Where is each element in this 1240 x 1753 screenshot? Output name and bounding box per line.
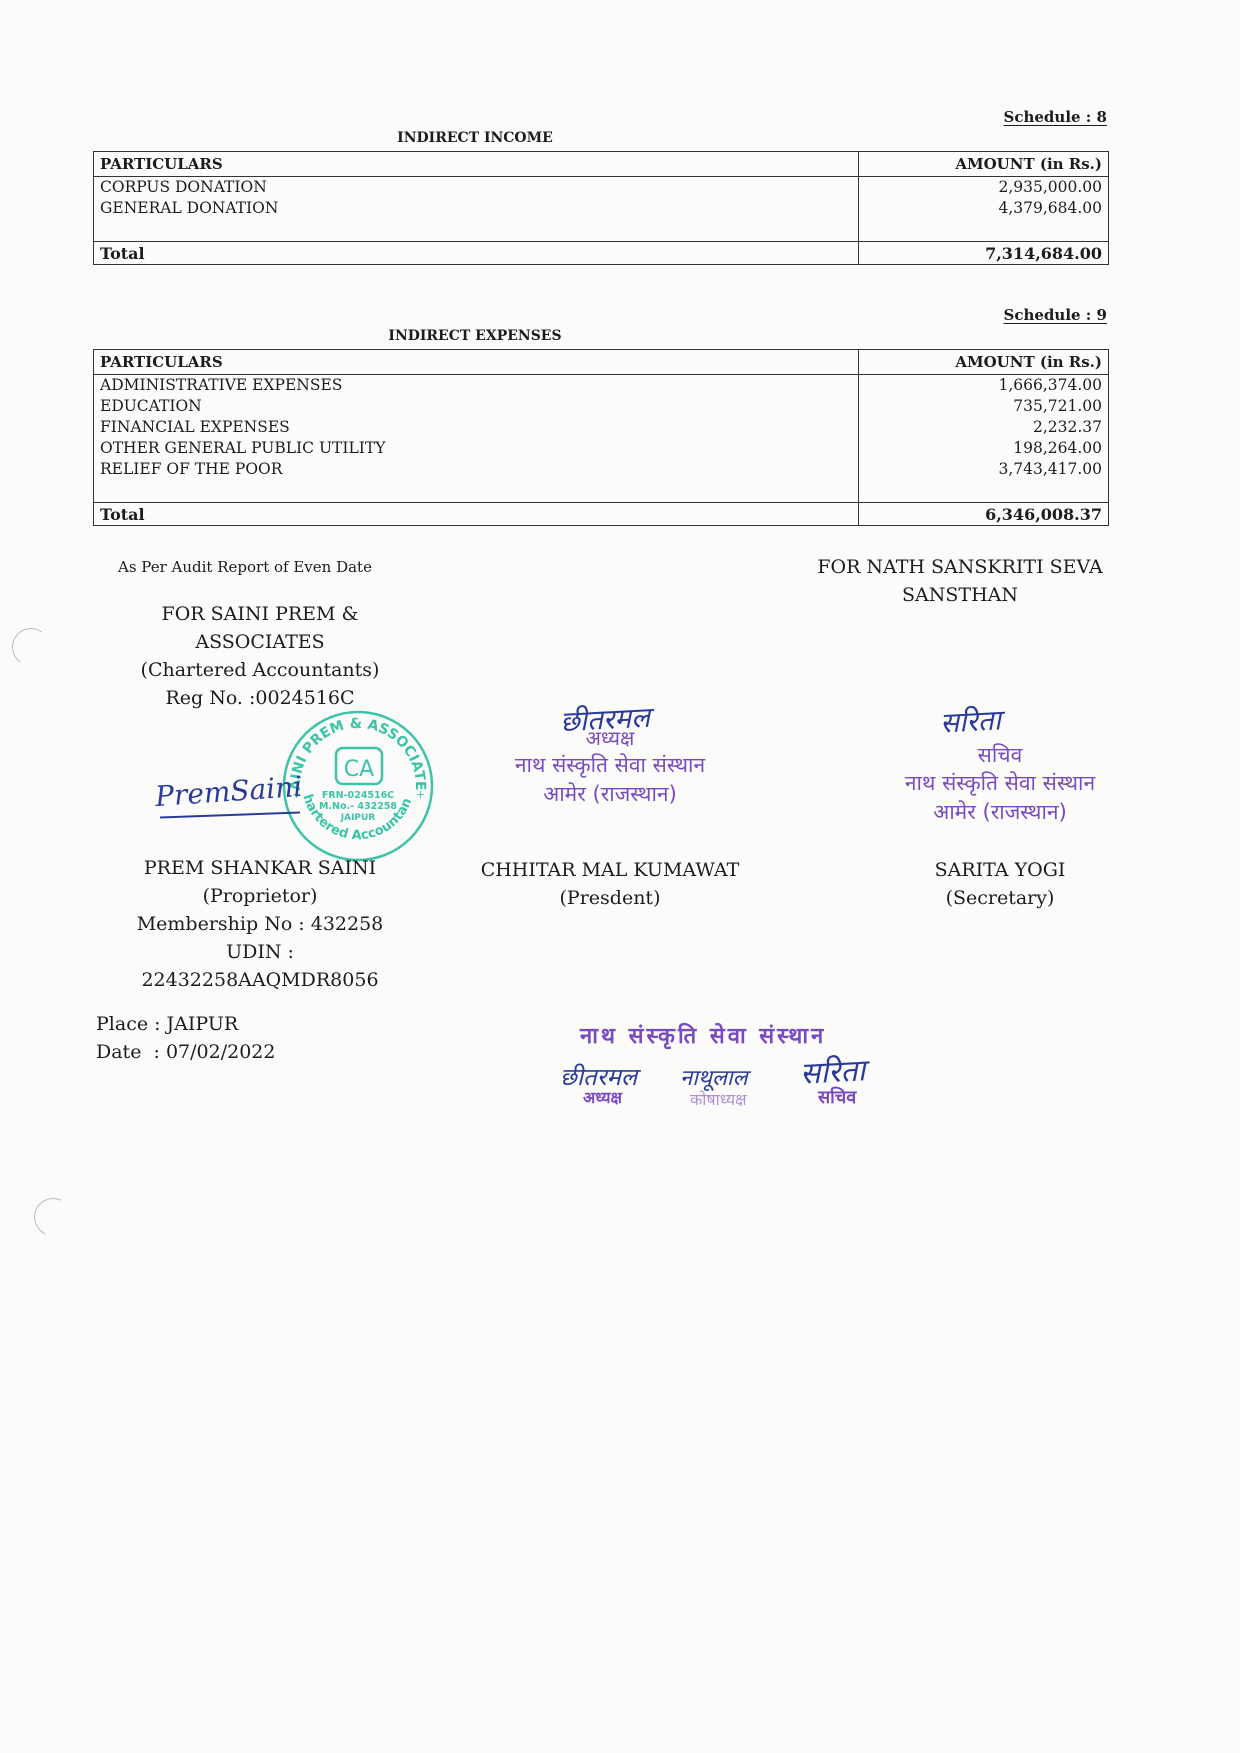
stamp-frn: FRN-024516C	[322, 790, 394, 801]
particulars-header: PARTICULARS	[94, 350, 859, 375]
row-amount: 4,379,684.00	[859, 198, 1109, 219]
udin-label: UDIN :	[105, 938, 415, 966]
row-amount: 2,935,000.00	[859, 177, 1109, 199]
schedule-8-label: Schedule : 8	[1004, 108, 1107, 126]
stamp-city: JAIPUR	[340, 813, 376, 823]
total-amount: 6,346,008.37	[859, 503, 1109, 526]
joint-title-president: अध्यक्ष	[583, 1086, 622, 1108]
schedule-9-label: Schedule : 9	[1004, 306, 1107, 324]
organization-for-block: FOR NATH SANSKRITI SEVA SANSTHAN	[810, 553, 1110, 609]
secretary-stamp-org: नाथ संस्कृति सेवा संस्थान	[865, 768, 1135, 798]
stamp-mno: M.No.- 432258	[319, 801, 397, 812]
row-particular: EDUCATION	[94, 396, 859, 417]
auditor-signatory-block: PREM SHANKAR SAINI (Proprietor) Membersh…	[105, 854, 415, 994]
row-amount: 735,721.00	[859, 396, 1109, 417]
president-stamp-place: आमेर (राजस्थान)	[470, 780, 750, 808]
row-particular: OTHER GENERAL PUBLIC UTILITY	[94, 438, 859, 459]
firm-name-line2: ASSOCIATES	[105, 628, 415, 656]
table-row: RELIEF OF THE POOR 3,743,417.00	[94, 459, 1109, 480]
joint-stamp-org: नाथ संस्कृति सेवा संस्थान	[580, 1020, 826, 1050]
row-amount: 1,666,374.00	[859, 375, 1109, 397]
joint-title-treasurer: कोषाध्यक्ष	[690, 1088, 747, 1110]
audit-report-note: As Per Audit Report of Even Date	[118, 558, 372, 576]
row-particular: RELIEF OF THE POOR	[94, 459, 859, 480]
place: Place : JAIPUR	[96, 1010, 275, 1038]
row-particular: GENERAL DONATION	[94, 198, 859, 219]
secretary-role: (Secretary)	[870, 884, 1130, 912]
table-header-row: PARTICULARS AMOUNT (in Rs.)	[94, 152, 1109, 177]
spacer-cell	[859, 219, 1109, 242]
table-total-row: Total 6,346,008.37	[94, 503, 1109, 526]
president-stamp: अध्यक्ष नाथ संस्कृति सेवा संस्थान आमेर (…	[470, 726, 750, 808]
joint-title-secretary: सचिव	[818, 1085, 856, 1109]
table-row: GENERAL DONATION 4,379,684.00	[94, 198, 1109, 219]
row-particular: CORPUS DONATION	[94, 177, 859, 199]
table-row: OTHER GENERAL PUBLIC UTILITY 198,264.00	[94, 438, 1109, 459]
president-stamp-title: अध्यक्ष	[470, 726, 750, 750]
auditor-role: (Proprietor)	[105, 882, 415, 910]
table-header-row: PARTICULARS AMOUNT (in Rs.)	[94, 350, 1109, 375]
firm-type: (Chartered Accountants)	[105, 656, 415, 684]
row-amount: 198,264.00	[859, 438, 1109, 459]
secretary-block: SARITA YOGI (Secretary)	[870, 856, 1130, 912]
table-row: ADMINISTRATIVE EXPENSES 1,666,374.00	[94, 375, 1109, 397]
punch-hole-mark	[9, 625, 53, 669]
total-label: Total	[94, 242, 859, 265]
amount-header: AMOUNT (in Rs.)	[859, 152, 1109, 177]
spacer-cell	[859, 480, 1109, 503]
spacer-cell	[94, 480, 859, 503]
spacer-cell	[94, 219, 859, 242]
secretary-stamp-place: आमेर (राजस्थान)	[865, 798, 1135, 826]
organization-line2: SANSTHAN	[810, 581, 1110, 609]
table-row: EDUCATION 735,721.00	[94, 396, 1109, 417]
organization-line1: FOR NATH SANSKRITI SEVA	[810, 553, 1110, 581]
row-amount: 3,743,417.00	[859, 459, 1109, 480]
place-date-block: Place : JAIPUR Date : 07/02/2022	[96, 1010, 275, 1066]
president-block: CHHITAR MAL KUMAWAT (Presdent)	[460, 856, 760, 912]
indirect-income-table: PARTICULARS AMOUNT (in Rs.) CORPUS DONAT…	[93, 151, 1109, 265]
secretary-signature: सरिता	[939, 700, 1002, 741]
row-particular: ADMINISTRATIVE EXPENSES	[94, 375, 859, 397]
indirect-expenses-table: PARTICULARS AMOUNT (in Rs.) ADMINISTRATI…	[93, 349, 1109, 526]
president-name: CHHITAR MAL KUMAWAT	[460, 856, 760, 884]
ca-logo-icon: CA	[344, 757, 374, 782]
indirect-income-title: INDIRECT INCOME	[93, 130, 857, 146]
row-particular: FINANCIAL EXPENSES	[94, 417, 859, 438]
president-stamp-org: नाथ संस्कृति सेवा संस्थान	[470, 750, 750, 780]
secretary-name: SARITA YOGI	[870, 856, 1130, 884]
secretary-stamp-title: सचिव	[865, 742, 1135, 768]
amount-header: AMOUNT (in Rs.)	[859, 350, 1109, 375]
table-total-row: Total 7,314,684.00	[94, 242, 1109, 265]
total-amount: 7,314,684.00	[859, 242, 1109, 265]
table-row: FINANCIAL EXPENSES 2,232.37	[94, 417, 1109, 438]
total-label: Total	[94, 503, 859, 526]
secretary-stamp: सचिव नाथ संस्कृति सेवा संस्थान आमेर (राज…	[865, 742, 1135, 826]
particulars-header: PARTICULARS	[94, 152, 859, 177]
punch-hole-mark	[29, 1193, 78, 1242]
table-spacer-row	[94, 480, 1109, 503]
date: Date : 07/02/2022	[96, 1038, 275, 1066]
firm-name-line1: FOR SAINI PREM &	[105, 600, 415, 628]
auditor-name: PREM SHANKAR SAINI	[105, 854, 415, 882]
auditor-membership: Membership No : 432258	[105, 910, 415, 938]
row-amount: 2,232.37	[859, 417, 1109, 438]
udin-value: 22432258AAQMDR8056	[105, 966, 415, 994]
auditor-firm-block: FOR SAINI PREM & ASSOCIATES (Chartered A…	[105, 600, 415, 712]
table-spacer-row	[94, 219, 1109, 242]
indirect-expenses-title: INDIRECT EXPENSES	[93, 328, 857, 344]
table-row: CORPUS DONATION 2,935,000.00	[94, 177, 1109, 199]
president-role: (Presdent)	[460, 884, 760, 912]
svg-text:+: +	[416, 788, 425, 801]
